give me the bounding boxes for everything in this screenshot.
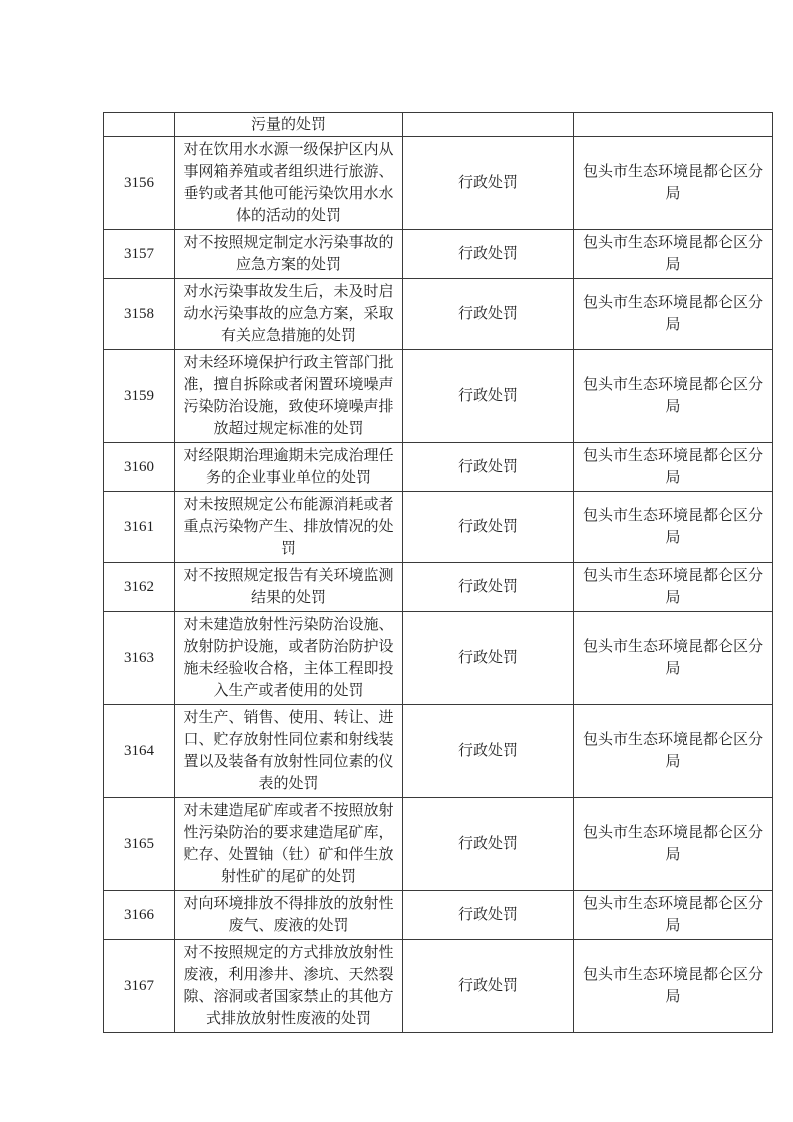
row-description-cell: 对经限期治理逾期未完成治理任务的企业事业单位的处罚 (175, 443, 403, 492)
table-row: 3157 对不按照规定制定水污染事故的应急方案的处罚 行政处罚 包头市生态环境昆… (104, 230, 773, 279)
table-row: 3161 对未按照规定公布能源消耗或者重点污染物产生、排放情况的处罚 行政处罚 … (104, 492, 773, 563)
row-type-cell: 行政处罚 (403, 492, 574, 563)
row-authority-cell: 包头市生态环境昆都仑区分局 (574, 705, 773, 798)
row-authority-cell: 包头市生态环境昆都仑区分局 (574, 798, 773, 891)
row-id-cell: 3157 (104, 230, 175, 279)
row-type-cell: 行政处罚 (403, 940, 574, 1033)
row-id-cell: 3162 (104, 563, 175, 612)
table-row: 3160 对经限期治理逾期未完成治理任务的企业事业单位的处罚 行政处罚 包头市生… (104, 443, 773, 492)
row-description-cell: 对不按照规定的方式排放放射性废液，利用渗井、渗坑、天然裂隙、溶洞或者国家禁止的其… (175, 940, 403, 1033)
row-authority-cell: 包头市生态环境昆都仑区分局 (574, 563, 773, 612)
row-type-cell: 行政处罚 (403, 612, 574, 705)
row-type-cell: 行政处罚 (403, 443, 574, 492)
row-description-cell: 对生产、销售、使用、转让、进口、贮存放射性同位素和射线装置以及装备有放射性同位素… (175, 705, 403, 798)
row-type-cell: 行政处罚 (403, 350, 574, 443)
row-authority-cell: 包头市生态环境昆都仑区分局 (574, 230, 773, 279)
table-row: 3158 对水污染事故发生后，未及时启动水污染事故的应急方案，采取有关应急措施的… (104, 279, 773, 350)
row-id-cell: 3159 (104, 350, 175, 443)
row-id-cell: 3161 (104, 492, 175, 563)
row-description-cell: 对未建造放射性污染防治设施、放射防护设施，或者防治防护设施未经验收合格，主体工程… (175, 612, 403, 705)
row-authority-cell: 包头市生态环境昆都仑区分局 (574, 279, 773, 350)
row-description-cell: 对水污染事故发生后，未及时启动水污染事故的应急方案，采取有关应急措施的处罚 (175, 279, 403, 350)
row-description-cell: 对不按照规定制定水污染事故的应急方案的处罚 (175, 230, 403, 279)
row-authority-cell: 包头市生态环境昆都仑区分局 (574, 940, 773, 1033)
row-id-cell: 3156 (104, 137, 175, 230)
row-type-cell: 行政处罚 (403, 230, 574, 279)
row-authority-cell: 包头市生态环境昆都仑区分局 (574, 492, 773, 563)
row-id-cell: 3165 (104, 798, 175, 891)
row-type-cell: 行政处罚 (403, 279, 574, 350)
penalty-table-body: 污量的处罚 3156 对在饮用水水源一级保护区内从事网箱养殖或者组织进行旅游、垂… (104, 113, 773, 1033)
row-type-cell: 行政处罚 (403, 137, 574, 230)
row-id-cell: 3160 (104, 443, 175, 492)
row-description-cell: 对未经环境保护行政主管部门批准，擅自拆除或者闲置环境噪声污染防治设施，致使环境噪… (175, 350, 403, 443)
table-row: 3156 对在饮用水水源一级保护区内从事网箱养殖或者组织进行旅游、垂钓或者其他可… (104, 137, 773, 230)
row-description-cell: 对不按照规定报告有关环境监测结果的处罚 (175, 563, 403, 612)
row-type-cell: 行政处罚 (403, 705, 574, 798)
row-authority-cell: 包头市生态环境昆都仑区分局 (574, 612, 773, 705)
table-row: 3164 对生产、销售、使用、转让、进口、贮存放射性同位素和射线装置以及装备有放… (104, 705, 773, 798)
row-authority-cell: 包头市生态环境昆都仑区分局 (574, 137, 773, 230)
row-description-cell: 对未建造尾矿库或者不按照放射性污染防治的要求建造尾矿库，贮存、处置铀（钍）矿和伴… (175, 798, 403, 891)
row-authority-cell: 包头市生态环境昆都仑区分局 (574, 891, 773, 940)
carryover-id-cell (104, 113, 175, 137)
table-row: 3163 对未建造放射性污染防治设施、放射防护设施，或者防治防护设施未经验收合格… (104, 612, 773, 705)
row-id-cell: 3163 (104, 612, 175, 705)
table-row: 3166 对向环境排放不得排放的放射性废气、废液的处罚 行政处罚 包头市生态环境… (104, 891, 773, 940)
carryover-row: 污量的处罚 (104, 113, 773, 137)
row-description-cell: 对向环境排放不得排放的放射性废气、废液的处罚 (175, 891, 403, 940)
table-row: 3159 对未经环境保护行政主管部门批准，擅自拆除或者闲置环境噪声污染防治设施，… (104, 350, 773, 443)
row-description-cell: 对在饮用水水源一级保护区内从事网箱养殖或者组织进行旅游、垂钓或者其他可能污染饮用… (175, 137, 403, 230)
table-row: 3167 对不按照规定的方式排放放射性废液，利用渗井、渗坑、天然裂隙、溶洞或者国… (104, 940, 773, 1033)
row-authority-cell: 包头市生态环境昆都仑区分局 (574, 443, 773, 492)
document-page: 污量的处罚 3156 对在饮用水水源一级保护区内从事网箱养殖或者组织进行旅游、垂… (0, 0, 793, 1122)
row-type-cell: 行政处罚 (403, 891, 574, 940)
row-type-cell: 行政处罚 (403, 563, 574, 612)
row-id-cell: 3158 (104, 279, 175, 350)
row-id-cell: 3164 (104, 705, 175, 798)
carryover-authority-cell (574, 113, 773, 137)
row-authority-cell: 包头市生态环境昆都仑区分局 (574, 350, 773, 443)
row-id-cell: 3167 (104, 940, 175, 1033)
carryover-description-cell: 污量的处罚 (175, 113, 403, 137)
row-id-cell: 3166 (104, 891, 175, 940)
carryover-type-cell (403, 113, 574, 137)
penalty-items-table: 污量的处罚 3156 对在饮用水水源一级保护区内从事网箱养殖或者组织进行旅游、垂… (103, 112, 773, 1033)
table-row: 3162 对不按照规定报告有关环境监测结果的处罚 行政处罚 包头市生态环境昆都仑… (104, 563, 773, 612)
table-row: 3165 对未建造尾矿库或者不按照放射性污染防治的要求建造尾矿库，贮存、处置铀（… (104, 798, 773, 891)
row-type-cell: 行政处罚 (403, 798, 574, 891)
row-description-cell: 对未按照规定公布能源消耗或者重点污染物产生、排放情况的处罚 (175, 492, 403, 563)
